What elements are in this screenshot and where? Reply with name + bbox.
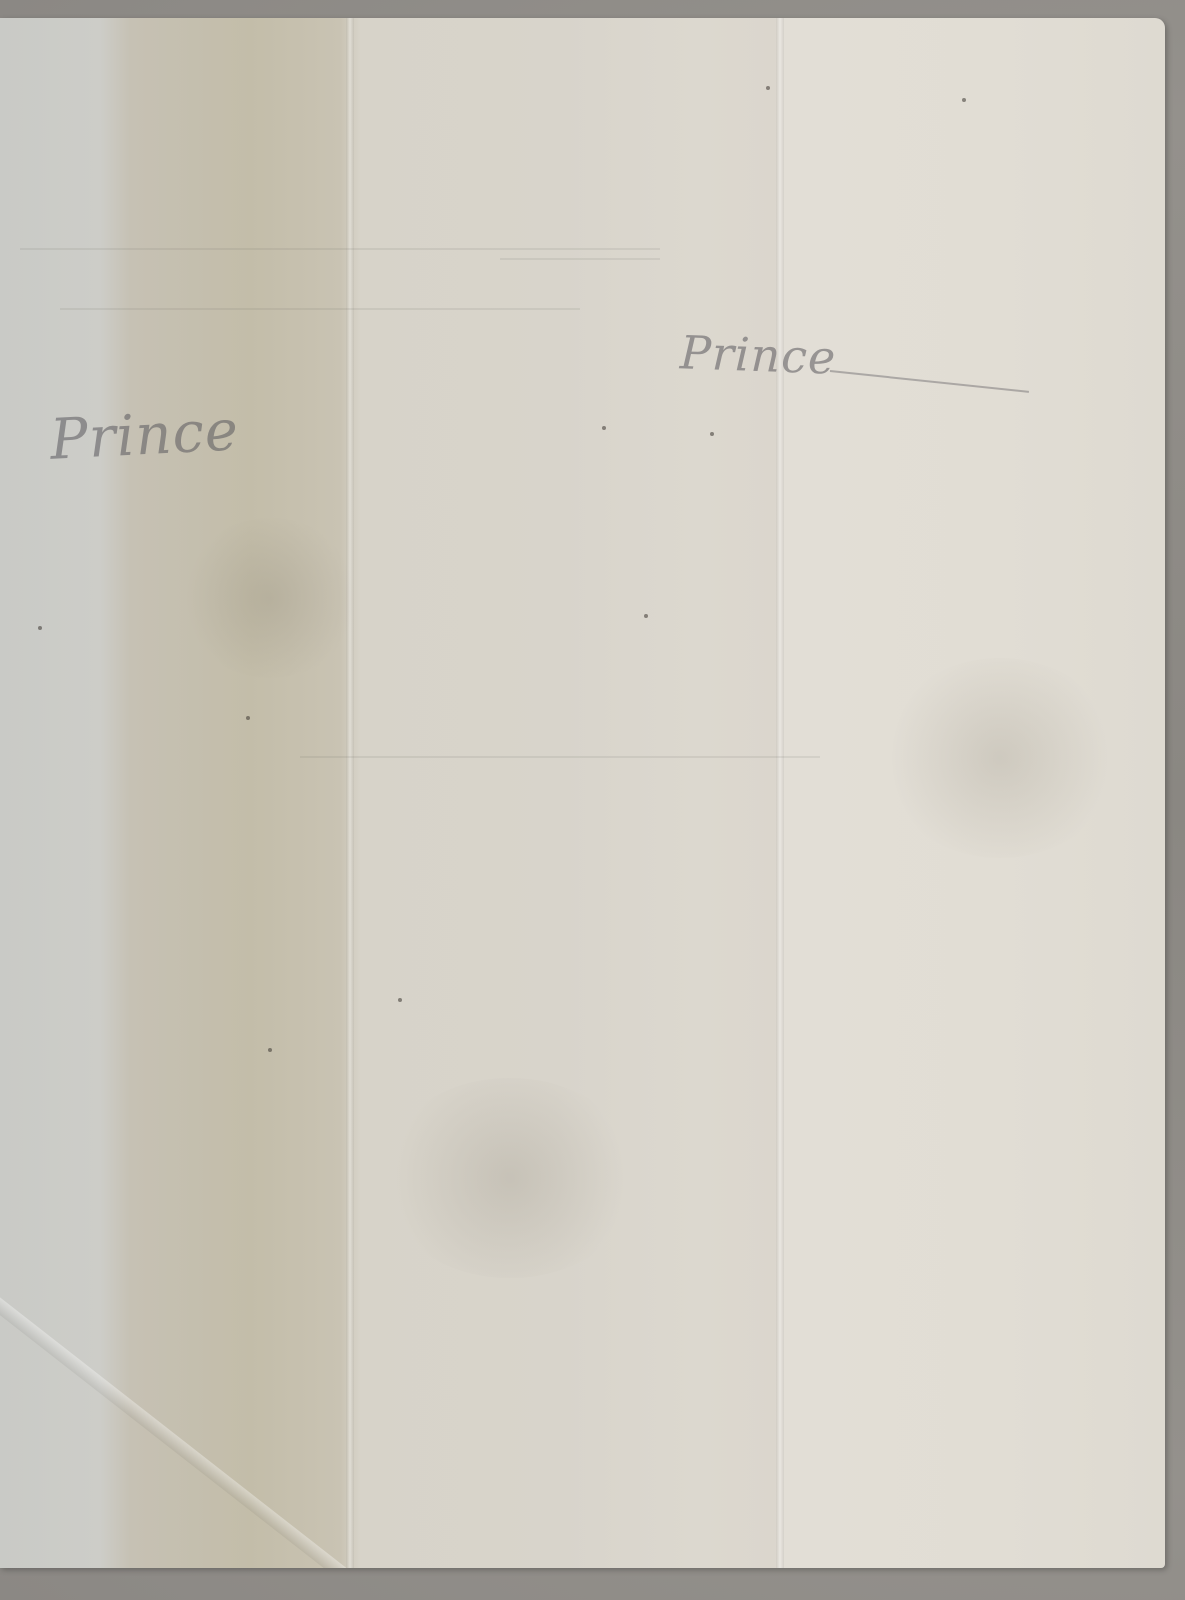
paper-speck xyxy=(644,614,648,618)
paper-stain xyxy=(180,518,360,678)
paper-speck xyxy=(38,626,42,630)
pencil-annotation-left: Prince xyxy=(48,398,240,473)
paper-speck xyxy=(766,86,770,90)
paper-sheet: Prince Prince xyxy=(0,18,1165,1568)
vertical-fold-line xyxy=(346,18,354,1568)
paper-speck xyxy=(710,432,714,436)
paper-speck xyxy=(398,998,402,1002)
pencil-underline-stroke xyxy=(830,370,1029,393)
paper-speck xyxy=(268,1048,272,1052)
bleed-through-line xyxy=(300,756,820,758)
paper-stain xyxy=(380,1078,640,1278)
vertical-fold-line xyxy=(776,18,784,1568)
bleed-through-line xyxy=(60,308,580,310)
paper-speck xyxy=(246,716,250,720)
pencil-annotation-right: Prince xyxy=(679,325,837,384)
paper-speck xyxy=(602,426,606,430)
bleed-through-line xyxy=(500,258,660,260)
paper-stain xyxy=(880,658,1120,858)
paper-speck xyxy=(962,98,966,102)
diagonal-crease xyxy=(0,1269,374,1568)
bleed-through-line xyxy=(20,248,660,250)
